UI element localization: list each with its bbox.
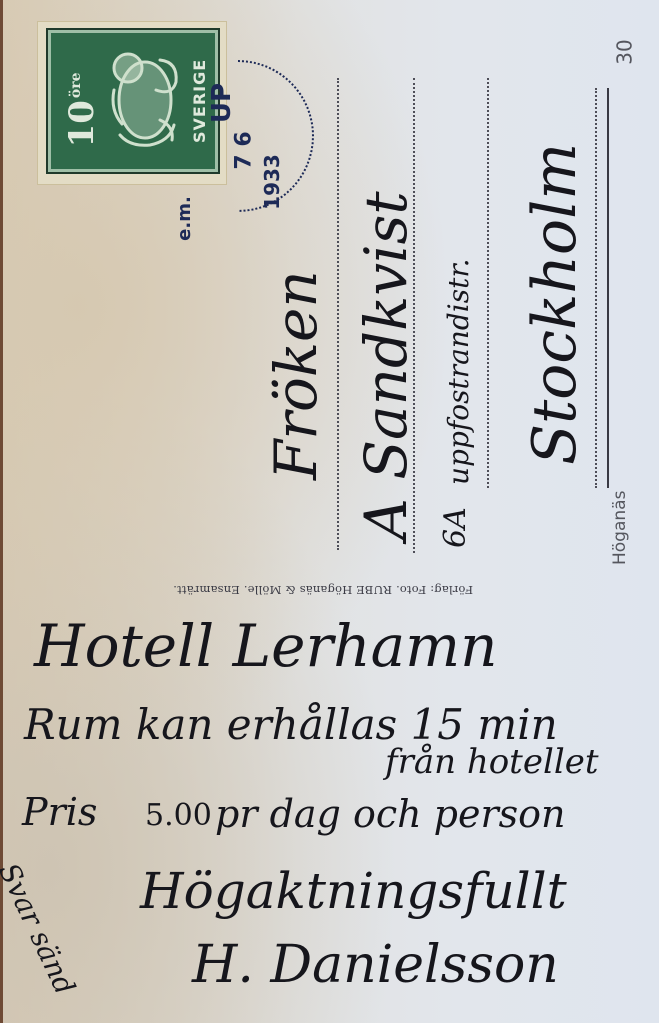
address-line-1 (337, 78, 339, 550)
message-price-terms: pr dag och person (215, 792, 566, 836)
postcard-back: 10 öre SVERIGE UP 7 6 1933 e.m. 30 (0, 0, 659, 1023)
pencil-note: Höganäs (610, 491, 630, 565)
corner-number: 30 (613, 39, 637, 64)
message-price-value: 5.00 (145, 798, 212, 833)
postmark: UP 7 6 1933 e.m. (162, 60, 312, 220)
stamp-value-unit: öre (68, 73, 84, 99)
postmark-year: 1933 (260, 154, 284, 210)
postmark-place: UP (207, 83, 237, 123)
address-line-3 (487, 78, 489, 488)
publisher-imprint: Förlag: Foto. RUBE Höganäs & Mölle. Ensa… (123, 583, 523, 597)
postmark-time: e.m. (174, 196, 195, 241)
address-street: uppfostrandistr. (442, 258, 475, 485)
address-recipient-title: Fröken (262, 270, 330, 480)
message-closing: Högaktningsfullt (140, 862, 567, 920)
message-signature: H. Danielsson (192, 935, 559, 995)
address-underline (607, 88, 609, 488)
margin-note: Svar sänd (0, 858, 82, 1000)
address-line-4 (595, 88, 597, 488)
message-hotel-name: Hotell Lerhamn (34, 612, 498, 680)
address-city: Stockholm (520, 143, 590, 465)
stamp-value-number: 10 (62, 100, 102, 147)
message-price-label: Pris (22, 790, 97, 834)
address-street-number: 6A (438, 507, 473, 548)
postmark-day: 7 6 (232, 131, 257, 169)
message-line-distance: från hotellet (385, 742, 599, 782)
address-recipient-name: A Sandkvist (352, 191, 420, 540)
